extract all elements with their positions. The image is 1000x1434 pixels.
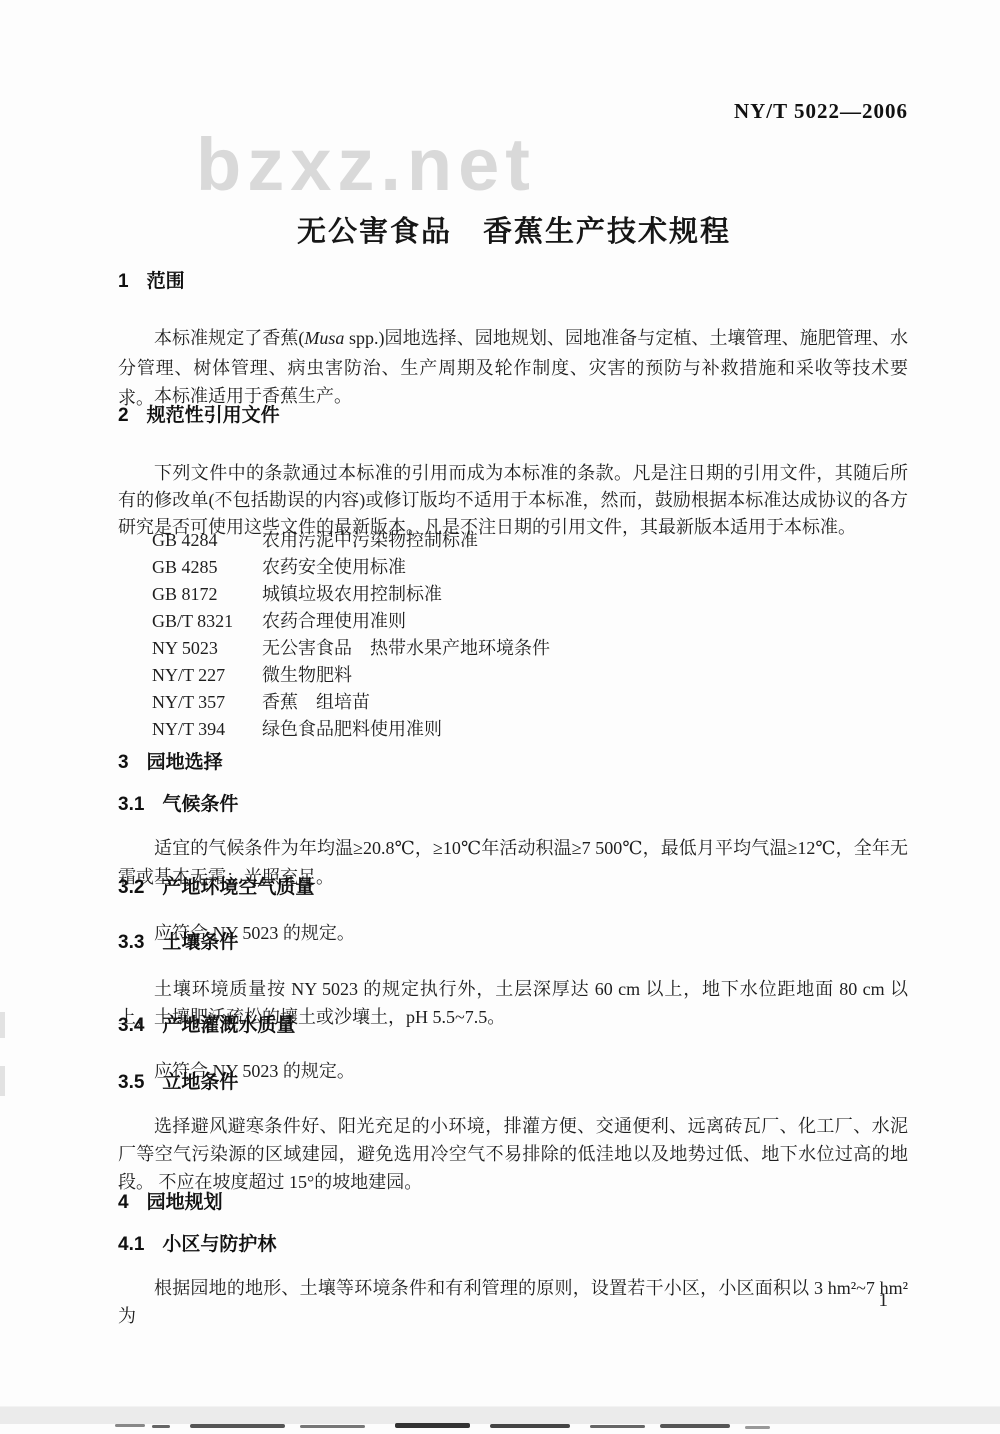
section-4-heading: 4园地规划 [118,1189,908,1216]
reference-item: GB 4284农用污泥中污染物控制标准 [118,527,908,554]
reference-item: NY/T 394绿色食品肥料使用准则 [118,716,908,743]
reference-title: 香蕉 组培苗 [262,692,370,712]
scan-smudge [490,1424,570,1428]
reference-item: NY/T 357香蕉 组培苗 [118,689,908,716]
scan-smudge [745,1426,770,1429]
document-page: NY/T 5022—2006 bzxz.net 无公害食品 香蕉生产技术规程 1… [0,0,1000,1434]
section-3-heading: 3园地选择 [118,749,908,776]
section-1-title: 范围 [147,271,185,292]
page-number: 1 [879,1290,889,1312]
section-3-2-heading: 3.2产地环境空气质量 [118,874,908,901]
section-1-number: 1 [118,268,129,295]
section-3-number: 3 [118,749,129,776]
reference-title: 微生物肥料 [262,665,352,685]
scan-smudge [115,1424,145,1427]
latin-species-name: Musa [304,328,344,348]
section-1-heading: 1范围 [118,268,908,295]
scan-edge-band [0,1406,1000,1424]
reference-item: GB 4285农药安全使用标准 [118,554,908,581]
section-3-4-title: 产地灌溉水质量 [162,1015,295,1036]
section-3-4-heading: 3.4产地灌溉水质量 [118,1012,908,1039]
reference-code: GB 4284 [152,527,248,554]
reference-code: GB/T 8321 [152,608,248,635]
scope-text-pre: 本标准规定了香蕉( [154,328,304,348]
page-title: 无公害食品 香蕉生产技术规程 [0,209,1000,250]
section-2-title: 规范性引用文件 [147,405,280,426]
section-3-1-title: 气候条件 [162,794,238,815]
reference-code: NY/T 394 [152,716,248,743]
scan-smudge [590,1425,645,1428]
section-4-1-paragraph: 根据园地的地形、土壤等环境条件和有利管理的原则，设置若干小区，小区面积以 3 h… [118,1274,908,1330]
section-3-3-heading: 3.3土壤条件 [118,929,908,956]
reference-code: GB 4285 [152,554,248,581]
section-4-1-title: 小区与防护林 [162,1234,276,1255]
section-3-3-title: 土壤条件 [162,932,238,953]
section-3-5-paragraph: 选择避风避寒条件好、阳光充足的小环境，排灌方便、交通便利、远离砖瓦厂、化工厂、水… [118,1112,908,1196]
reference-code: NY/T 227 [152,662,248,689]
reference-item: GB 8172城镇垃圾农用控制标准 [118,581,908,608]
scan-smudge [190,1424,285,1428]
reference-item: NY 5023无公害食品 热带水果产地环境条件 [118,635,908,662]
section-4-title: 园地规划 [147,1192,223,1213]
section-3-2-title: 产地环境空气质量 [162,877,314,898]
scan-smudge [395,1423,470,1428]
section-2-number: 2 [118,402,129,429]
section-3-title: 园地选择 [147,752,223,773]
section-4-1-heading: 4.1小区与防护林 [118,1231,908,1258]
watermark-text: bzxz.net [196,122,536,207]
reference-code: NY/T 357 [152,689,248,716]
section-3-5-number: 3.5 [118,1069,144,1096]
reference-title: 农药合理使用准则 [262,611,406,631]
reference-title: 无公害食品 热带水果产地环境条件 [262,638,550,658]
section-3-5-title: 立地条件 [162,1072,238,1093]
normative-references-list: GB 4284农用污泥中污染物控制标准 GB 4285农药安全使用标准 GB 8… [118,527,908,743]
section-3-1-heading: 3.1气候条件 [118,791,908,818]
reference-code: GB 8172 [152,581,248,608]
section-3-5-heading: 3.5立地条件 [118,1069,908,1096]
reference-title: 农药安全使用标准 [262,557,406,577]
section-3-2-number: 3.2 [118,874,144,901]
scan-smudge [660,1424,730,1428]
scan-edge-mark [0,1066,5,1096]
standard-code: NY/T 5022—2006 [734,99,908,124]
reference-item: NY/T 227微生物肥料 [118,662,908,689]
scan-smudge [300,1425,365,1428]
section-3-4-number: 3.4 [118,1012,144,1039]
scan-edge-mark [0,1012,5,1038]
section-3-1-number: 3.1 [118,791,144,818]
section-4-1-number: 4.1 [118,1231,144,1258]
reference-item: GB/T 8321农药合理使用准则 [118,608,908,635]
section-4-number: 4 [118,1189,129,1216]
reference-code: NY 5023 [152,635,248,662]
section-2-heading: 2规范性引用文件 [118,402,908,429]
reference-title: 农用污泥中污染物控制标准 [262,530,478,550]
section-3-3-number: 3.3 [118,929,144,956]
reference-title: 城镇垃圾农用控制标准 [262,584,442,604]
scan-smudge [152,1425,170,1428]
reference-title: 绿色食品肥料使用准则 [262,719,442,739]
